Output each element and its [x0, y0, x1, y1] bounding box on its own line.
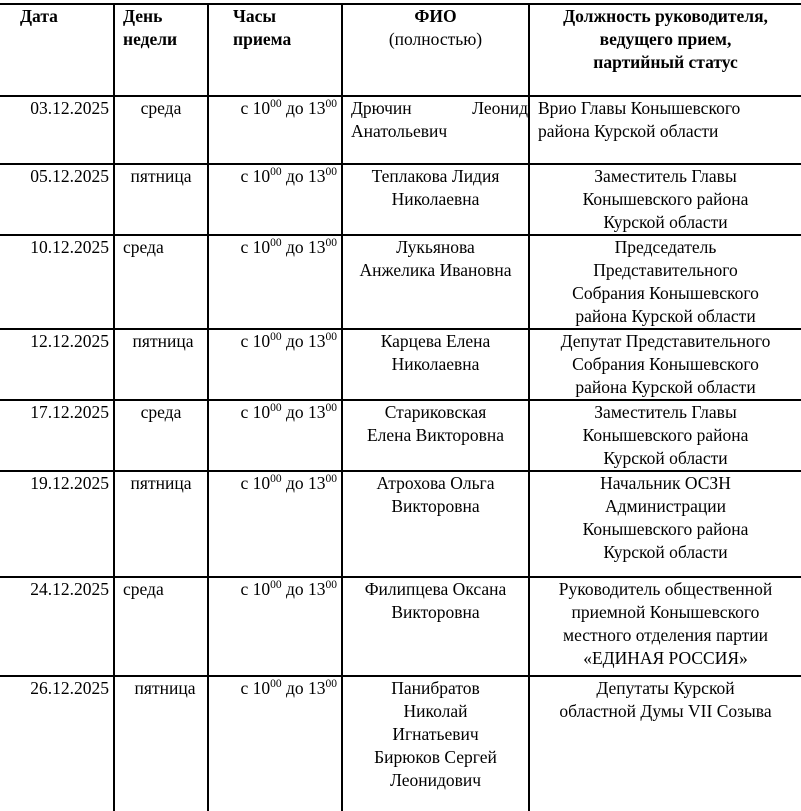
name-line: Теплакова Лидия	[347, 165, 524, 188]
position-line: района Курской области	[534, 376, 797, 399]
hours-text: с 1000 до 1300	[240, 579, 337, 599]
header-day-line: недели	[123, 28, 203, 51]
day-text: среда	[123, 237, 164, 257]
cell-position: Депутаты Курскойобластной Думы VII Созыв…	[529, 676, 801, 811]
position-line: Заместитель Главы	[534, 401, 797, 424]
hours-text: с 1000 до 1300	[240, 166, 337, 186]
schedule-rows: 03.12.2025 среда с 1000 до 1300 ДрючинЛе…	[0, 96, 801, 811]
name-line: Викторовна	[347, 601, 524, 624]
name-line: Викторовна	[347, 495, 524, 518]
date-text: 05.12.2025	[30, 166, 109, 186]
position-line: Конышевского района	[534, 424, 797, 447]
position-line: местного отделения партии	[534, 624, 797, 647]
cell-hours: с 1000 до 1300	[208, 96, 342, 164]
position-line: Председатель	[534, 236, 797, 259]
name-line: Бирюков Сергей	[347, 746, 524, 769]
hours-text: с 1000 до 1300	[240, 473, 337, 493]
cell-day: пятница	[114, 329, 208, 400]
table-row: 05.12.2025 пятница с 1000 до 1300 Теплак…	[0, 164, 801, 235]
name-line: Елена Викторовна	[347, 424, 524, 447]
cell-hours: с 1000 до 1300	[208, 329, 342, 400]
hours-text: с 1000 до 1300	[240, 331, 337, 351]
day-text: среда	[141, 98, 182, 118]
day-text: пятница	[131, 473, 192, 493]
hours-text: с 1000 до 1300	[240, 98, 337, 118]
cell-day: среда	[114, 235, 208, 329]
name-line: Леонидович	[347, 769, 524, 792]
name-line: Николай	[347, 700, 524, 723]
cell-day: пятница	[114, 164, 208, 235]
date-text: 24.12.2025	[30, 579, 109, 599]
cell-name: ПанибратовНиколайИгнатьевичБирюков Серге…	[342, 676, 529, 811]
cell-name: Филипцева ОксанаВикторовна	[342, 577, 529, 676]
name-line: Николаевна	[347, 188, 524, 211]
position-line: Конышевского района	[534, 188, 797, 211]
day-text: среда	[123, 579, 164, 599]
header-position-line: партийный статус	[534, 51, 797, 74]
cell-name: Карцева ЕленаНиколаевна	[342, 329, 529, 400]
header-day: День недели	[114, 4, 208, 96]
header-day-line: День	[123, 5, 203, 28]
cell-date: 26.12.2025	[0, 676, 114, 811]
cell-position: Заместитель ГлавыКонышевского районаКурс…	[529, 400, 801, 471]
position-line: Курской области	[534, 541, 797, 564]
table-row: 24.12.2025 среда с 1000 до 1300 Филипцев…	[0, 577, 801, 676]
position-line: Врио Главы Конышевского	[538, 97, 797, 120]
header-position: Должность руководителя, ведущего прием, …	[529, 4, 801, 96]
position-line: Курской области	[534, 447, 797, 470]
cell-day: среда	[114, 400, 208, 471]
hours-text: с 1000 до 1300	[240, 678, 337, 698]
position-line: Депутаты Курской	[534, 677, 797, 700]
table-row: 12.12.2025 пятница с 1000 до 1300 Карцев…	[0, 329, 801, 400]
header-date-text: Дата	[20, 5, 109, 28]
hours-text: с 1000 до 1300	[240, 237, 337, 257]
reception-schedule-table: Дата День недели Часы приема ФИО (полнос…	[0, 3, 801, 811]
name-line: Стариковская	[347, 401, 524, 424]
cell-position: Руководитель общественнойприемной Коныше…	[529, 577, 801, 676]
cell-position: Начальник ОСЗНАдминистрацииКонышевского …	[529, 471, 801, 577]
header-position-line: Должность руководителя,	[534, 5, 797, 28]
position-line: приемной Конышевского	[534, 601, 797, 624]
name-line: Игнатьевич	[347, 723, 524, 746]
hours-text: с 1000 до 1300	[240, 402, 337, 422]
name-line: Филипцева Оксана	[347, 578, 524, 601]
position-line: Заместитель Главы	[534, 165, 797, 188]
day-text: среда	[141, 402, 182, 422]
name-line: Анжелика Ивановна	[347, 259, 524, 282]
cell-name: Теплакова ЛидияНиколаевна	[342, 164, 529, 235]
cell-hours: с 1000 до 1300	[208, 164, 342, 235]
position-line: Начальник ОСЗН	[534, 472, 797, 495]
position-line: Собрания Конышевского	[534, 353, 797, 376]
cell-position: Депутат ПредставительногоСобрания Коныше…	[529, 329, 801, 400]
cell-position: ПредседательПредставительногоСобрания Ко…	[529, 235, 801, 329]
cell-position: Заместитель ГлавыКонышевского районаКурс…	[529, 164, 801, 235]
date-text: 26.12.2025	[30, 678, 109, 698]
position-line: района Курской области	[534, 305, 797, 328]
header-date: Дата	[0, 4, 114, 96]
header-hours-line: приема	[233, 28, 337, 51]
header-position-line: ведущего прием,	[534, 28, 797, 51]
position-line: Конышевского района	[534, 518, 797, 541]
cell-date: 24.12.2025	[0, 577, 114, 676]
cell-position: Врио Главы Конышевскогорайона Курской об…	[529, 96, 801, 164]
date-text: 19.12.2025	[30, 473, 109, 493]
table-row: 10.12.2025 среда с 1000 до 1300 Лукьянов…	[0, 235, 801, 329]
header-name-line: ФИО	[347, 5, 524, 28]
cell-day: пятница	[114, 676, 208, 811]
date-text: 03.12.2025	[30, 98, 109, 118]
table-row: 03.12.2025 среда с 1000 до 1300 ДрючинЛе…	[0, 96, 801, 164]
cell-date: 03.12.2025	[0, 96, 114, 164]
cell-hours: с 1000 до 1300	[208, 471, 342, 577]
table-row: 19.12.2025 пятница с 1000 до 1300 Атрохо…	[0, 471, 801, 577]
day-text: пятница	[131, 166, 192, 186]
position-line: района Курской области	[538, 120, 797, 143]
table-row: 17.12.2025 среда с 1000 до 1300 Стариков…	[0, 400, 801, 471]
position-line: Курской области	[534, 211, 797, 234]
cell-day: среда	[114, 96, 208, 164]
name-line: Панибратов	[347, 677, 524, 700]
position-line: Представительного	[534, 259, 797, 282]
cell-date: 17.12.2025	[0, 400, 114, 471]
header-name: ФИО (полностью)	[342, 4, 529, 96]
day-text: пятница	[133, 331, 194, 351]
cell-name: СтариковскаяЕлена Викторовна	[342, 400, 529, 471]
cell-date: 19.12.2025	[0, 471, 114, 577]
cell-name: Атрохова ОльгаВикторовна	[342, 471, 529, 577]
name-line: Атрохова Ольга	[347, 472, 524, 495]
cell-hours: с 1000 до 1300	[208, 676, 342, 811]
table-row: 26.12.2025 пятница с 1000 до 1300 Панибр…	[0, 676, 801, 811]
date-text: 10.12.2025	[30, 237, 109, 257]
position-line: областной Думы VII Созыва	[534, 700, 797, 723]
cell-hours: с 1000 до 1300	[208, 400, 342, 471]
cell-date: 05.12.2025	[0, 164, 114, 235]
position-line: Администрации	[534, 495, 797, 518]
header-hours-line: Часы	[233, 5, 337, 28]
name-line: Анатольевич	[351, 120, 528, 143]
name-line: Лукьянова	[347, 236, 524, 259]
cell-hours: с 1000 до 1300	[208, 235, 342, 329]
name-line: ДрючинЛеонид	[351, 97, 528, 120]
position-line: Собрания Конышевского	[534, 282, 797, 305]
cell-day: пятница	[114, 471, 208, 577]
cell-name: ЛукьяноваАнжелика Ивановна	[342, 235, 529, 329]
date-text: 12.12.2025	[30, 331, 109, 351]
day-text: пятница	[135, 678, 196, 698]
position-line: «ЕДИНАЯ РОССИЯ»	[534, 647, 797, 670]
position-line: Депутат Представительного	[534, 330, 797, 353]
cell-date: 10.12.2025	[0, 235, 114, 329]
date-text: 17.12.2025	[30, 402, 109, 422]
name-line: Николаевна	[347, 353, 524, 376]
name-line: Карцева Елена	[347, 330, 524, 353]
cell-day: среда	[114, 577, 208, 676]
header-row: Дата День недели Часы приема ФИО (полнос…	[0, 4, 801, 96]
header-name-line: (полностью)	[347, 28, 524, 51]
cell-date: 12.12.2025	[0, 329, 114, 400]
cell-name: ДрючинЛеонидАнатольевич	[342, 96, 529, 164]
header-hours: Часы приема	[208, 4, 342, 96]
cell-hours: с 1000 до 1300	[208, 577, 342, 676]
position-line: Руководитель общественной	[534, 578, 797, 601]
